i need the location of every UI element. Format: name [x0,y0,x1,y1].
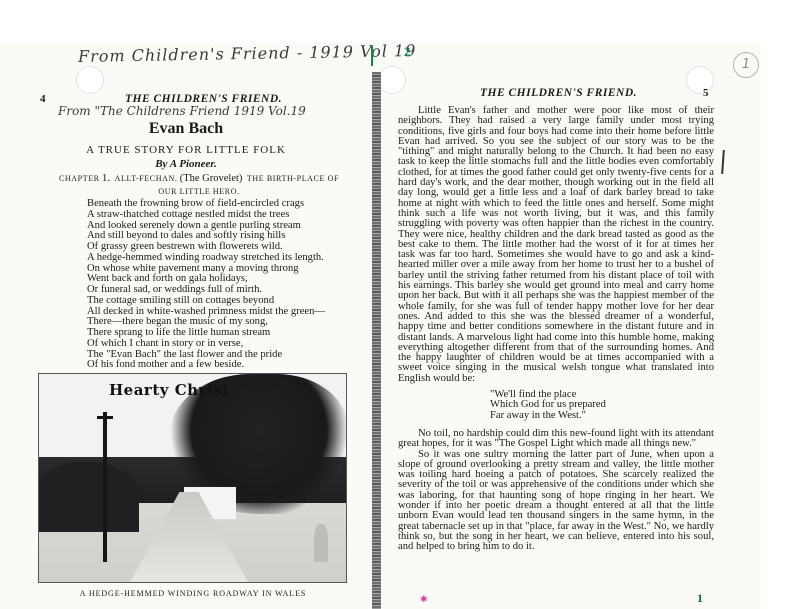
pink-ink-mark: ✱ [420,594,428,605]
opening-poem: Beneath the frowning brow of field-encir… [87,199,325,371]
green-ink-end-mark: 1 [697,591,703,606]
article-subtitle: A TRUE STORY FOR LITTLE FOLK [0,144,372,156]
story-body: Little Evan's father and mother were poo… [398,106,714,552]
chapter-translation: (The Grovelet) [180,173,243,184]
punch-hole [686,66,714,94]
circled-page-number: 1 [733,52,759,78]
chapter-description-cont: OUR LITTLE HERO. [158,187,239,196]
chapter-label: CHAPTER [59,174,100,183]
story-paragraph: No toil, no hardship could dim this new-… [398,429,714,450]
story-paragraph: So it was one sultry morning the latter … [398,450,714,553]
story-paragraph: Little Evan's father and mother were poo… [398,106,714,384]
song-verse: "We'll find the place Which God for us p… [490,390,714,421]
photo-sign-text: Hearty Christ [109,381,230,399]
poem-line: Of which I chant in story or in verse, [87,339,325,350]
punch-hole [378,66,406,94]
left-page-number: 4 [40,93,46,105]
chapter-heading: CHAPTER 1. ALLT-FECHAN. (The Grovelet) T… [44,172,354,198]
book-binding-gutter [372,72,381,609]
poem-line: The cottage smiling still on cottages be… [87,296,325,307]
verse-line: Far away in the West." [490,411,714,421]
photo-caption: A HEDGE-HEMMED WINDING ROADWAY IN WALES [38,589,348,598]
chapter-place: ALLT-FECHAN. [115,174,178,183]
handwritten-citation: From "The Childrens Friend 1919 Vol.19 [58,104,306,118]
chapter-number: 1. [102,172,110,184]
telegraph-pole [103,412,107,562]
hedge-shape [39,462,139,532]
standing-figure [314,524,328,562]
telegraph-pole-arm [97,416,113,419]
green-ink-number: 2 [404,44,411,60]
roadway-photograph: Hearty Christ [38,373,347,583]
green-ink-mark [371,46,373,66]
article-title: Evan Bach [0,120,372,138]
chapter-description: THE BIRTH-PLACE OF [247,174,339,183]
article-byline: By A Pioneer. [0,158,372,170]
poem-line: A hedge-hemmed winding roadway stretched… [87,253,325,264]
poem-line: Of his fond mother and a few beside. [87,360,325,371]
right-page-number: 5 [703,87,709,99]
poem-line: A straw-thatched cottage nestled midst t… [87,210,325,221]
punch-hole [76,66,104,94]
right-running-head: THE CHILDREN'S FRIEND. [480,87,637,99]
